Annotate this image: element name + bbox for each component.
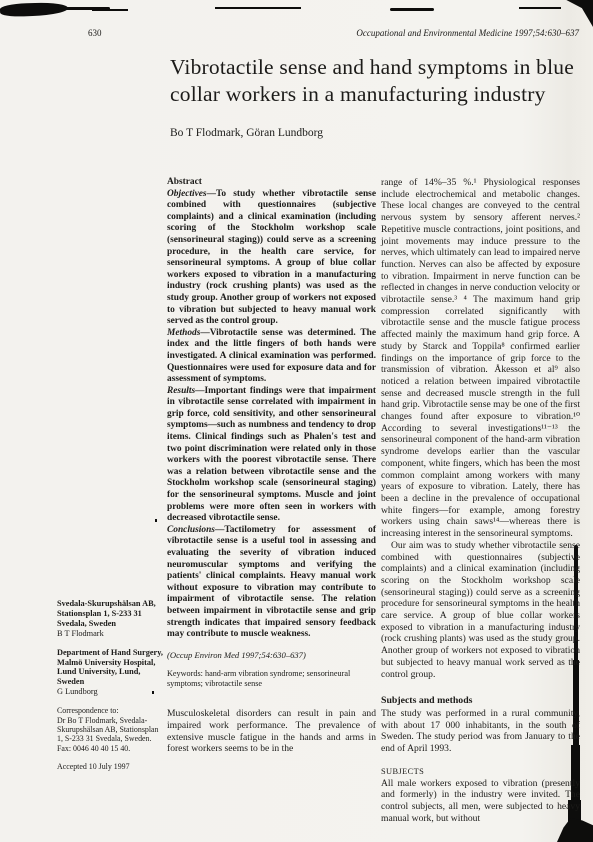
affiliation-address: Department of Hand Surgery, Malmö Univer… [57,648,165,688]
affiliation-block: Department of Hand Surgery, Malmö Univer… [57,648,165,698]
body-paragraph: The study was performed in a rural commu… [381,708,580,755]
abstract-section-text: —Important findings were that impairment… [167,386,376,524]
affiliation-block: Svedala-Skurupshälsan AB, Stationsplan 1… [57,599,165,639]
abstract-section-label: Methods [167,328,200,338]
intro-paragraph: Musculoskeletal disorders can result in … [167,708,376,755]
correspondence-block: Correspondence to: Dr Bo T Flodmark, Sve… [57,706,165,753]
body-column: range of 14%–35 %.¹ Physiological respon… [381,177,580,825]
article-authors: Bo T Flodmark, Göran Lundborg [170,127,323,139]
affiliation-author: B T Flodmark [57,629,165,639]
journal-reference: Occupational and Environmental Medicine … [356,28,579,38]
abstract-column: Abstract Objectives—To study whether vib… [167,177,376,755]
abstract-objectives: Objectives—To study whether vibrotactile… [167,189,376,328]
correspondence-text: Dr Bo T Flodmark, Svedala-Skurupshälsan … [57,716,165,754]
scan-dash [390,8,434,11]
citation-line: (Occup Environ Med 1997;54:630–637) [167,650,376,661]
accepted-date: Accepted 10 July 1997 [57,762,165,771]
journal-issue: 1997;54:630–637 [515,28,580,38]
journal-name: Occupational and Environmental Medicine [356,28,512,38]
page-number: 630 [88,28,102,38]
scan-speck [155,519,157,522]
affiliation-author: G Lundborg [57,687,165,697]
abstract-section-label: Results [167,386,195,396]
article-title: Vibrotactile sense and hand symptoms in … [170,54,576,107]
subsection-heading-subjects: SUBJECTS [381,766,580,777]
keywords-line: Keywords: hand-arm vibration syndrome; s… [167,669,376,689]
abstract-results: Results—Important findings were that imp… [167,386,376,525]
abstract-section-text: —Tactilometry for assessment of vibrotac… [167,525,376,639]
scan-dash [519,7,561,9]
scan-corner-bottom-right [578,828,593,842]
abstract-methods: Methods—Vibrotactile sense was determine… [167,328,376,386]
affiliation-address: Svedala-Skurupshälsan AB, Stationsplan 1… [57,599,165,629]
scan-wedge-top-right [556,0,593,27]
scan-dash [92,9,128,11]
running-header: 630 Occupational and Environmental Medic… [88,28,579,38]
margin-column: Svedala-Skurupshälsan AB, Stationsplan 1… [57,599,165,781]
section-heading-subjects-and-methods: Subjects and methods [381,695,580,707]
abstract-heading: Abstract [167,177,376,189]
abstract-section-label: Objectives [167,189,207,199]
body-paragraph: All male workers exposed to vibration (p… [381,778,580,825]
abstract-section-label: Conclusions [167,525,215,535]
scan-dash [215,7,301,9]
body-paragraph: Our aim was to study whether vibrotactil… [381,540,580,680]
abstract-section-text: —To study whether vibrotactile sense com… [167,189,376,327]
correspondence-label: Correspondence to: [57,706,165,715]
scanned-journal-page: 630 Occupational and Environmental Medic… [0,0,593,842]
body-paragraph: range of 14%–35 %.¹ Physiological respon… [381,177,580,540]
abstract-conclusions: Conclusions—Tactilometry for assessment … [167,525,376,641]
